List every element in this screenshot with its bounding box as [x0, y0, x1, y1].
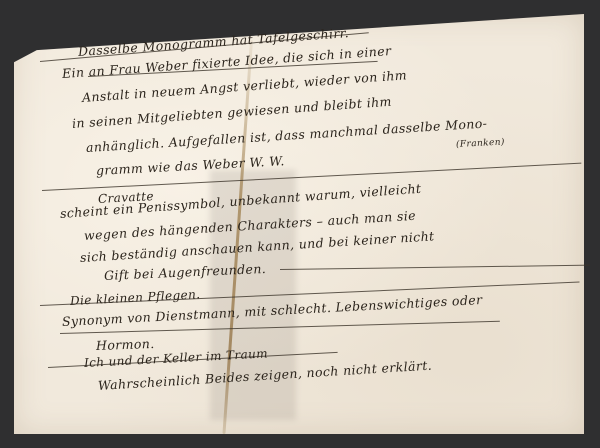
- text-line: Hormon.: [96, 336, 155, 353]
